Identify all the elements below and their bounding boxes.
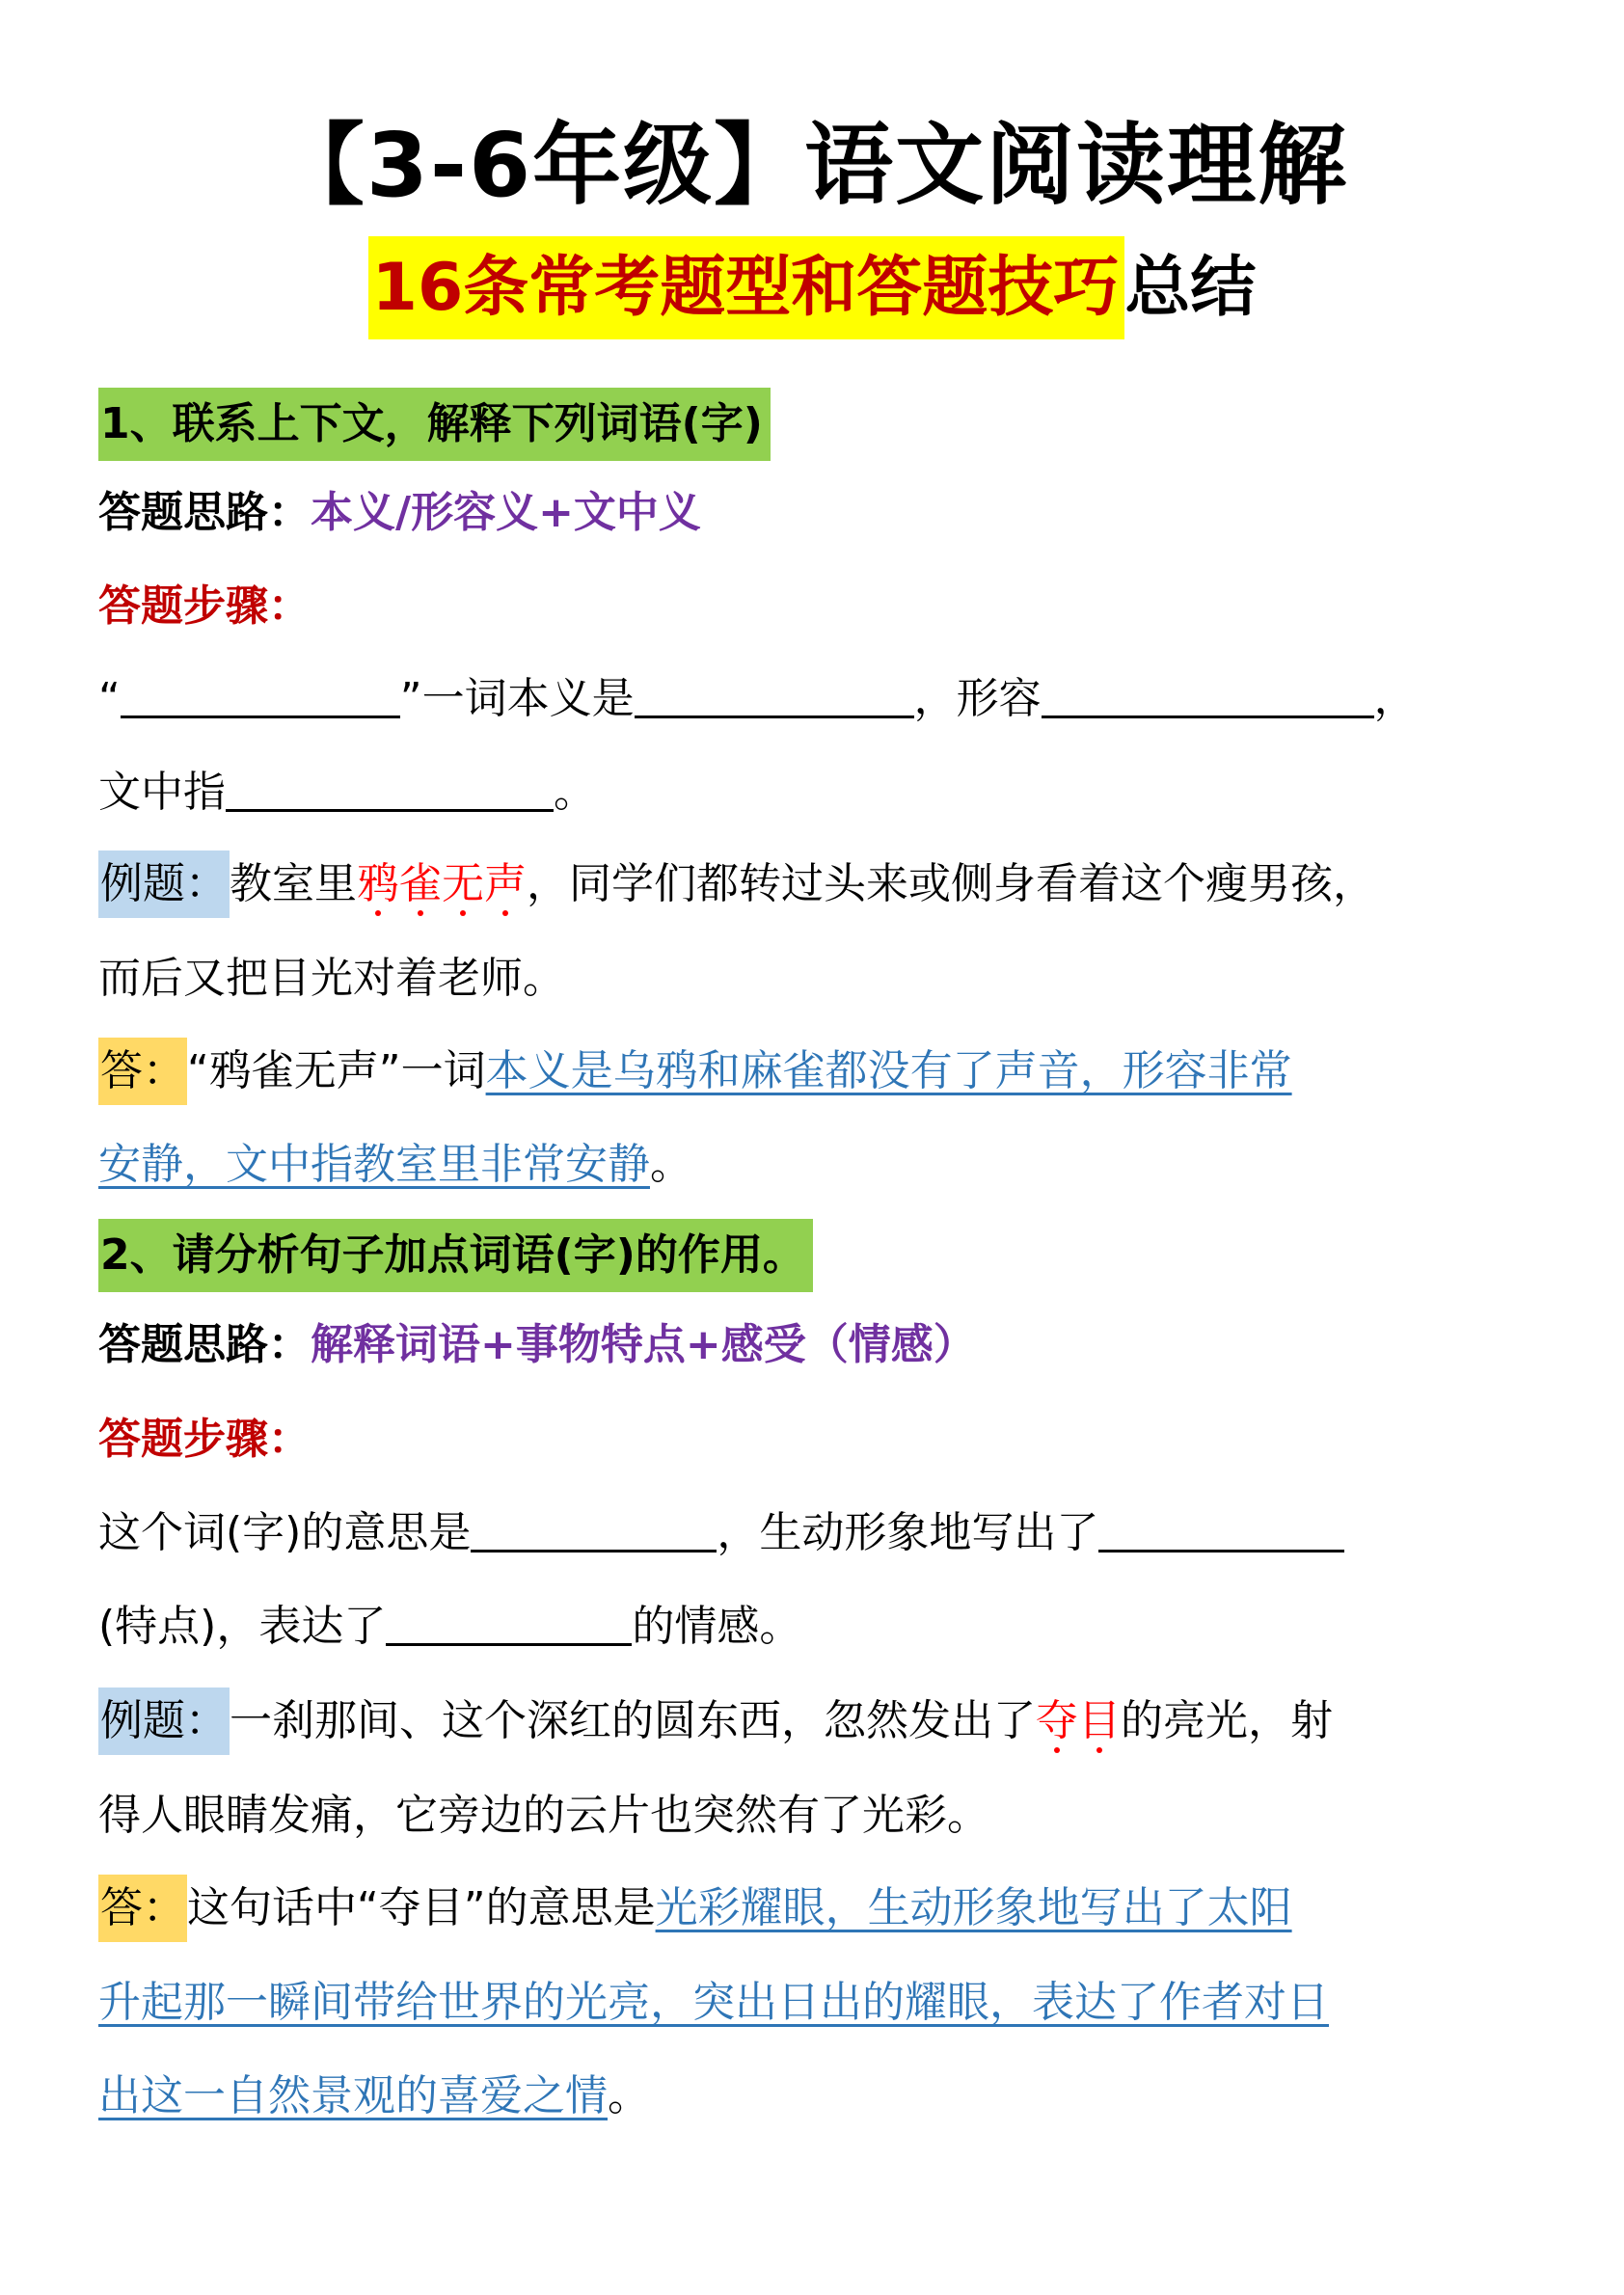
page-title: 【3-6年级】语文阅读理解 bbox=[0, 108, 1624, 224]
dotted-char: 目 bbox=[1078, 1687, 1121, 1755]
template-text: ”一词本义是 bbox=[400, 674, 635, 723]
section-1-template-line-2: 文中指。 bbox=[98, 759, 1538, 826]
example-text: 一刹那间、这个深红的圆东西，忽然发出了 bbox=[230, 1696, 1036, 1745]
section-1-answer-line-2: 安静，文中指教室里非常安静。 bbox=[98, 1131, 1538, 1199]
example-text: 而后又把目光对着老师。 bbox=[98, 954, 565, 1003]
fill-blank bbox=[121, 665, 400, 718]
approach-text: 解释词语+事物特点+感受（情感） bbox=[311, 1320, 976, 1369]
section-2-answer-line-3: 出这一自然景观的喜爱之情。 bbox=[98, 2063, 1538, 2130]
answer-underlined: 安静，文中指教室里非常安静 bbox=[98, 1140, 650, 1189]
subtitle-tail: 总结 bbox=[1124, 236, 1256, 339]
answer-end: 。 bbox=[650, 1140, 692, 1189]
example-tag: 例题： bbox=[98, 1687, 230, 1755]
dotted-char: 雀 bbox=[399, 850, 442, 918]
template-text: (特点)，表达了 bbox=[98, 1602, 386, 1651]
section-1-template-line-1: “”一词本义是，形容， bbox=[98, 665, 1538, 733]
example-text: 得人眼睛发痛，它旁边的云片也突然有了光彩。 bbox=[98, 1791, 989, 1840]
section-2-heading: 2、请分析句子加点词语(字)的作用。 bbox=[98, 1219, 813, 1292]
fill-blank bbox=[635, 665, 914, 718]
section-2-template-line-1: 这个词(字)的意思是，生动形象地写出了 bbox=[98, 1499, 1538, 1567]
section-2-example-line-1: 例题：一刹那间、这个深红的圆东西，忽然发出了夺目的亮光，射 bbox=[98, 1687, 1538, 1755]
answer-plain: “鸦雀无声”一词 bbox=[187, 1046, 486, 1095]
answer-tag: 答： bbox=[98, 1038, 187, 1105]
fill-blank bbox=[1042, 665, 1374, 718]
dotted-word: 鸦雀无声 bbox=[357, 859, 527, 908]
fill-blank bbox=[386, 1593, 632, 1646]
subtitle-highlight: 16条常考题型和答题技巧 bbox=[368, 236, 1125, 339]
template-text: 这个词(字)的意思是 bbox=[98, 1508, 471, 1557]
section-1-heading: 1、联系上下文，解释下列词语(字) bbox=[98, 388, 771, 461]
example-text: 教室里 bbox=[230, 859, 357, 908]
dotted-char: 无 bbox=[442, 850, 484, 918]
example-text: 的亮光，射 bbox=[1121, 1696, 1333, 1745]
template-text: ，生动形象地写出了 bbox=[717, 1508, 1098, 1557]
section-1-steps-label: 答题步骤： bbox=[98, 573, 1538, 640]
answer-underlined: 出这一自然景观的喜爱之情 bbox=[98, 2071, 608, 2120]
approach-text: 本义/形容义+文中义 bbox=[311, 488, 701, 537]
template-text: 文中指 bbox=[98, 768, 226, 817]
section-2-approach: 答题思路：解释词语+事物特点+感受（情感） bbox=[98, 1311, 1538, 1379]
section-2-steps-label: 答题步骤： bbox=[98, 1406, 1538, 1473]
template-text: ，形容 bbox=[914, 674, 1042, 723]
dotted-char: 鸦 bbox=[357, 850, 399, 918]
page-subtitle: 16条常考题型和答题技巧总结 bbox=[0, 236, 1624, 339]
fill-blank bbox=[226, 759, 554, 812]
open-quote: “ bbox=[98, 674, 121, 723]
answer-underlined: 升起那一瞬间带给世界的光亮，突出日出的耀眼，表达了作者对日 bbox=[98, 1978, 1329, 2027]
steps-label: 答题步骤： bbox=[98, 581, 311, 631]
dotted-word: 夺目 bbox=[1036, 1696, 1121, 1745]
section-2-answer-line-1: 答：这句话中“夺目”的意思是光彩耀眼，生动形象地写出了太阳 bbox=[98, 1875, 1538, 1942]
template-text: 的情感。 bbox=[632, 1602, 801, 1651]
section-1-example-line-2: 而后又把目光对着老师。 bbox=[98, 945, 1538, 1012]
template-text: 。 bbox=[554, 768, 596, 817]
section-2-example-line-2: 得人眼睛发痛，它旁边的云片也突然有了光彩。 bbox=[98, 1782, 1538, 1849]
answer-end: 。 bbox=[608, 2071, 650, 2120]
section-1-approach: 答题思路：本义/形容义+文中义 bbox=[98, 479, 1538, 547]
fill-blank bbox=[1098, 1499, 1344, 1552]
section-2-answer-line-2: 升起那一瞬间带给世界的光亮，突出日出的耀眼，表达了作者对日 bbox=[98, 1969, 1538, 2037]
answer-plain: 这句话中“夺目”的意思是 bbox=[187, 1883, 656, 1932]
example-tag: 例题： bbox=[98, 850, 230, 918]
section-1-example-line-1: 例题：教室里鸦雀无声，同学们都转过头来或侧身看着这个瘦男孩， bbox=[98, 850, 1538, 918]
dotted-char: 声 bbox=[484, 850, 527, 918]
fill-blank bbox=[471, 1499, 717, 1552]
approach-label: 答题思路： bbox=[98, 1320, 311, 1369]
steps-label: 答题步骤： bbox=[98, 1415, 311, 1464]
approach-label: 答题思路： bbox=[98, 488, 311, 537]
dotted-char: 夺 bbox=[1036, 1687, 1078, 1755]
answer-underlined: 本义是乌鸦和麻雀都没有了声音，形容非常 bbox=[486, 1046, 1292, 1095]
template-text: ， bbox=[1374, 674, 1417, 723]
section-1-answer-line-1: 答：“鸦雀无声”一词本义是乌鸦和麻雀都没有了声音，形容非常 bbox=[98, 1038, 1538, 1105]
example-text: ，同学们都转过头来或侧身看着这个瘦男孩， bbox=[527, 859, 1375, 908]
section-2-template-line-2: (特点)，表达了的情感。 bbox=[98, 1593, 1538, 1660]
answer-tag: 答： bbox=[98, 1875, 187, 1942]
answer-underlined: 光彩耀眼，生动形象地写出了太阳 bbox=[656, 1883, 1292, 1932]
